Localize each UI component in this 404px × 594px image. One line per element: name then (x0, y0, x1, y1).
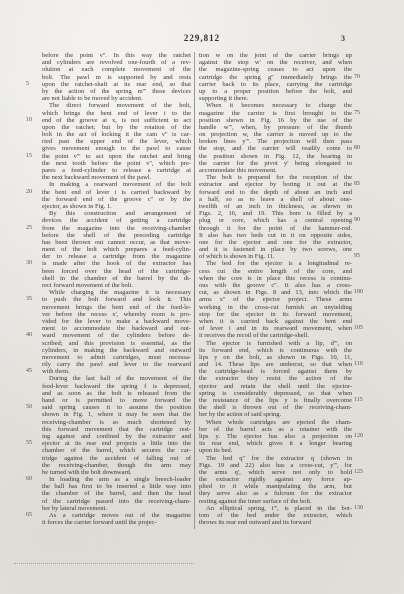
margin-line-number: 30 (26, 260, 39, 267)
line-text: on projection w, the carrier is moved up… (199, 131, 352, 138)
text-line: cess cut the entire length of the core, … (199, 268, 352, 275)
text-line: to push the bolt forward and lock it. Th… (42, 296, 191, 303)
text-line: hand or is permitted to move forward the (42, 397, 191, 404)
margin-line-number: 65 (26, 512, 39, 519)
line-text: cylinders, in making the backward and ou… (42, 347, 191, 354)
text-line: a half, so as to leave a shell of about … (199, 196, 352, 203)
text-line: The bolt is prepared for the reception o… (199, 174, 352, 181)
line-text: ment to accommodate the backward and out… (42, 325, 191, 332)
line-text: the next tooth before the point v'', whi… (42, 160, 191, 167)
text-line: the position shown in Fig. 12, the beari… (199, 153, 352, 160)
text-line: has been thrown out cannot occur, as tha… (42, 239, 191, 246)
text-line: be turned with the bolt downward. (42, 469, 191, 476)
line-text: are not liable to be moved by accident. (42, 95, 143, 102)
line-text: tom of the bed under the extractor, whic… (199, 512, 352, 519)
line-text: olution at each complete movement of the (42, 66, 191, 73)
line-text: Figs. 19 and 22) also has a cross-cut, y… (199, 462, 352, 469)
text-line: before the point v''. In this way the ra… (42, 52, 191, 59)
text-line: plug or core, which has a central openin… (199, 217, 352, 224)
line-text: the carrier for the pivot y' being elong… (199, 160, 352, 167)
line-text: the stop, and the carrier will readily c… (199, 145, 352, 152)
margin-line-number: 100 (354, 289, 370, 296)
text-line: arms x'' of the ejector project. These a… (199, 296, 352, 303)
margin-line-number: 60 (26, 476, 39, 483)
line-text: the point v''' to act upon the ratchet a… (42, 153, 191, 160)
line-text: chamber of the barrel, which secures the… (42, 447, 191, 454)
line-text: shell in the chamber of the barrel by th… (42, 275, 191, 282)
margin-line-number: 75 (354, 110, 370, 117)
text-line: the carrier for the pivot y' being elong… (199, 160, 352, 167)
line-text: up to a proper position before the bolt,… (199, 88, 352, 95)
text-line: upon its bed. (199, 447, 352, 454)
line-text: stop for the ejector in its forward move… (199, 311, 352, 318)
line-text: rily carry the pawl and lever to the rea… (42, 361, 191, 368)
line-text: cut, as shown in Figs. 8 and 13, into wh… (199, 289, 352, 296)
text-line: by the action of the spring m''' these d… (42, 88, 191, 95)
line-text: tion w on the joint of the carrier bring… (199, 52, 352, 59)
line-text: ward movement of the cylinders before de… (42, 332, 191, 339)
text-line: when it is carried back against the bent… (199, 318, 352, 325)
text-line: gives movement enough to the pawl to cau… (42, 145, 191, 152)
line-text: ried past the upper end of the lever, wh… (42, 138, 191, 145)
margin-line-number: 10 (26, 117, 39, 124)
line-text: throws its rear end outward and its forw… (199, 519, 311, 526)
margin-line-number: 120 (354, 433, 370, 440)
line-text: When it becomes necessary to charge the (199, 102, 352, 109)
text-line: is made after the hook of the extractor … (42, 260, 191, 267)
line-text: rect forward movement of the bolt. (42, 282, 133, 289)
line-text: its rear end, which gives it a longer be… (199, 440, 352, 447)
text-line: bolt. The pawl m is supported by and res… (42, 74, 191, 81)
text-line: forward end to the depth of about an inc… (199, 189, 352, 196)
text-line: scribed; and this provision is essential… (42, 340, 191, 347)
text-line: der to release a cartridge from the maga… (42, 253, 191, 260)
line-text: has been thrown out cannot occur, as tha… (42, 239, 191, 246)
text-line: It also has two beds cut in it on opposi… (199, 232, 352, 239)
text-line: ment to accommodate the backward and out… (42, 325, 191, 332)
text-line: lips y. The ejector has also a projectio… (199, 433, 352, 440)
text-line: the receiving-chamber, though the arm ma… (42, 462, 191, 469)
text-line: handle w''', when, by pressure of the th… (199, 124, 352, 131)
text-line: When it becomes necessary to charge the (199, 102, 352, 109)
line-text: In loading the arm as a single breech-lo… (42, 476, 191, 483)
text-line: up to a proper position before the bolt,… (199, 88, 352, 95)
line-text: scribed; and this provision is essential… (42, 340, 191, 347)
text-line: ber by lateral movement. (42, 505, 191, 512)
line-text: upon the ratchet; but by the rotation of… (42, 124, 191, 131)
line-text: movement to admit cartridges, must neces… (42, 354, 191, 361)
line-text: the shell is thrown out of the receiving… (199, 404, 352, 411)
text-line: movement brings the bent end of the feed… (42, 304, 191, 311)
line-text: accommodate this movement. (199, 167, 277, 174)
text-line: shell in the chamber of the barrel by th… (42, 275, 191, 282)
line-text: the position shown in Fig. 12, the beari… (199, 153, 352, 160)
text-line: cylinders, in making the backward and ou… (42, 347, 191, 354)
line-text: the cartridge-head is forced against the… (199, 368, 352, 375)
text-line: which brings the bent end of lever i to … (42, 110, 191, 117)
line-text: cartridge the spring g'' immediately bri… (199, 74, 352, 81)
text-line: it forces the carrier forward until the … (42, 519, 191, 526)
line-text: ber by the action of said spring. (199, 411, 281, 418)
text-line: the chamber of the barrel, and then the … (42, 490, 191, 497)
line-text: handle w''', when, by pressure of the th… (199, 124, 352, 131)
text-line: chamber of the barrel, which secures the… (42, 447, 191, 454)
text-line: when the core is in place this recess is… (199, 275, 352, 282)
line-text: upon the ratchet-shaft at its rear end, … (42, 81, 191, 88)
text-line: By this construction and arrangement of (42, 210, 191, 217)
text-line: ejector, as shown in Fig. 1. (42, 203, 191, 210)
line-text: to push the bolt forward and lock it. Th… (42, 296, 191, 303)
margin-line-number: 80 (354, 145, 370, 152)
line-text: upon its bed. (199, 447, 232, 454)
line-text: lips y. The ejector has also a projectio… (199, 433, 352, 440)
line-text: and 14. These lips are undercut, so that… (199, 361, 352, 368)
text-line: upon the ratchet-shaft at its rear end, … (42, 81, 191, 88)
text-line: ing against and confined by the extracto… (42, 433, 191, 440)
text-line: receiving-chamber is so much shortened b… (42, 419, 191, 426)
scan-artifact-line (14, 563, 194, 564)
line-text: and cylinders are revolved one-fourth of… (42, 59, 191, 66)
text-line: The bed q'' for the extractor q (shown i… (199, 455, 352, 462)
line-text: The direct forward movement of the bolt, (42, 102, 191, 109)
line-text: tridge against the accident of falling o… (42, 455, 191, 462)
text-line: of which is shown in Fig. 11.95 (199, 253, 352, 260)
text-line: on projection w, the carrier is moved up… (199, 131, 352, 138)
text-line: rily carry the pawl and lever to the rea… (42, 361, 191, 368)
line-text: a half, so as to leave a shell of about … (199, 196, 352, 203)
line-text: supporting it there. (199, 95, 248, 102)
text-line: ward movement of the cylinders before de… (42, 332, 191, 339)
text-line: with them.45 (42, 368, 191, 375)
text-line: bolt in the act of locking it the cam v'… (42, 131, 191, 138)
text-line: and it is fastened in place by two screw… (199, 246, 352, 253)
line-text: vided for the lever to make a backward m… (42, 318, 191, 325)
margin-line-number: 125 (354, 469, 370, 476)
margin-line-number: 105 (354, 325, 370, 332)
text-line: the resistance of the lips y is finally … (199, 397, 352, 404)
line-text: When whole cartridges are ejected the ch… (199, 419, 352, 426)
line-text: the receiving-chamber, though the arm ma… (42, 462, 191, 469)
line-text: magazine the carrier is first brought to… (199, 110, 352, 117)
line-text: gives movement enough to the pawl to cau… (42, 145, 191, 152)
text-line: carrier back to its place, carrying the … (199, 81, 352, 88)
text-line: ment of the bolt which prepares a feed-c… (42, 246, 191, 253)
patent-document-page: 229,812 3 before the point v''. In this … (0, 0, 404, 594)
text-line: shown in Fig. 1, where it may be seen th… (42, 411, 191, 418)
line-text: and as soon as the bolt is released from… (42, 390, 191, 397)
text-line: and cylinders are revolved one-fourth of… (42, 59, 191, 66)
line-text: feed-lever backward the spring f is depr… (42, 383, 191, 390)
line-text: ejector, as shown in Fig. 1. (42, 203, 112, 210)
text-line: the ball has first to be inserted a litt… (42, 483, 191, 490)
line-text: it forces the carrier forward until the … (42, 519, 157, 526)
line-text: plied to it while manipulating the arm, … (199, 483, 352, 490)
text-line: ried past the upper end of the lever, wh… (42, 138, 191, 145)
line-text: arms x'' of the ejector project. These a… (199, 296, 352, 303)
line-text: against the stop w' on the receiver, and… (199, 59, 352, 66)
text-line: stop for the ejector in its forward move… (199, 311, 352, 318)
margin-line-number: 130 (354, 505, 370, 512)
text-line: ver before the recess x', whereby room i… (42, 311, 191, 318)
margin-line-number: 115 (354, 397, 370, 404)
line-text: ejector and retain the shell until the e… (199, 383, 352, 390)
line-text: this forward movement that the cartridge… (42, 426, 191, 433)
text-line: the next tooth before the point v'', whi… (42, 160, 191, 167)
line-text: bolt in the act of locking it the cam v'… (42, 131, 191, 138)
line-text: from the magazine into the receiving-cha… (42, 225, 191, 232)
page-number: 3 (341, 34, 345, 43)
line-text: The ejector is furnished with a lip, d''… (199, 340, 352, 347)
line-text: of lever i and in its rearward movement,… (199, 325, 352, 332)
line-text: the forward end of the groove c'' or by … (42, 196, 191, 203)
line-text: der to release a cartridge from the maga… (42, 253, 191, 260)
text-line: ejector at its rear end projects a littl… (42, 440, 191, 447)
line-text: and it is fastened in place by two screw… (199, 246, 352, 253)
text-line: the bent end of lever i is carried backw… (42, 189, 191, 196)
text-line: extractor and ejector by boring it out a… (199, 181, 352, 188)
text-line: from the magazine into the receiving-cha… (42, 225, 191, 232)
margin-line-number: 90 (354, 217, 370, 224)
text-line: The ejector is furnished with a lip, d''… (199, 340, 352, 347)
margin-line-number: 95 (354, 253, 370, 260)
text-line: working in the cross-cut furnish an unyi… (199, 304, 352, 311)
text-line: In loading the arm as a single breech-lo… (42, 476, 191, 483)
text-line: vided for the lever to make a backward m… (42, 318, 191, 325)
text-line: end of the groove at x, is not sufficien… (42, 117, 191, 124)
text-line: through it for the point of the hammer-r… (199, 225, 352, 232)
text-line: one for the ejector and one for the extr… (199, 239, 352, 246)
line-text: During the last half of the movement of … (42, 375, 191, 382)
line-text: the extractor rigidly against any force … (199, 476, 352, 483)
line-text: be turned with the bolt downward. (42, 469, 132, 476)
text-line: broken lines y'''. The projection will t… (199, 138, 352, 145)
text-line: the magazine-spring ceases to act upon t… (199, 66, 352, 73)
line-text: the chamber of the barrel, and then the … (42, 490, 191, 497)
text-line: pares a feed-cylinder to release a cartr… (42, 167, 191, 174)
text-line: cartridge the spring g'' immediately bri… (199, 74, 352, 81)
margin-line-number: 70 (354, 74, 370, 81)
text-line: tridge against the accident of falling o… (42, 455, 191, 462)
line-text: forward end to the depth of about an inc… (199, 189, 352, 196)
line-text: they serve also as a fulcrum for the ext… (199, 490, 352, 497)
text-line: plied to it while manipulating the arm, … (199, 483, 352, 490)
line-text: the next backward movement of the pawl. (42, 174, 151, 181)
margin-line-number: 50 (26, 404, 39, 411)
text-line: of the cartridge passed into the receivi… (42, 498, 191, 505)
line-text: receiving-chamber is so much shortened b… (42, 419, 191, 426)
column-divider-rule (194, 52, 195, 529)
text-line: rect forward movement of the bolt. (42, 282, 191, 289)
margin-line-number: 45 (26, 368, 39, 375)
text-line: In making a rearward movement of the bol… (42, 181, 191, 188)
text-line: feed-lever backward the spring f is depr… (42, 383, 191, 390)
line-text: working in the cross-cut furnish an unyi… (199, 304, 352, 311)
text-line: devices the accident of getting a cartri… (42, 217, 191, 224)
text-line: As a cartridge moves out of the magazine… (42, 512, 191, 519)
text-line: When whole cartridges are ejected the ch… (199, 419, 352, 426)
line-text: when it is carried back against the bent… (199, 318, 352, 325)
line-text: through it for the point of the hammer-r… (199, 225, 352, 232)
text-line: its rear end, which gives it a longer be… (199, 440, 352, 447)
text-line: ejector and retain the shell until the e… (199, 383, 352, 390)
text-line: the cartridge-head is forced against the… (199, 368, 352, 375)
line-text: of which is shown in Fig. 11. (199, 253, 275, 260)
text-line: twelfth of an inch in thickness, as show… (199, 203, 352, 210)
line-text: plug or core, which has a central openin… (199, 217, 352, 224)
line-text: resting against the inner surface of the… (199, 498, 312, 505)
text-line: spring is considerably depressed, so tha… (199, 390, 352, 397)
line-text: An elliptical spring, i''', is placed in… (199, 505, 352, 512)
text-line: and 14. These lips are undercut, so that… (199, 361, 352, 368)
line-text: position shown in Fig. 16 by the use of … (199, 117, 352, 124)
text-line: the extractor they resist the action of … (199, 375, 352, 382)
text-line: An elliptical spring, i''', is placed in… (199, 505, 352, 512)
right-text-column: tion w on the joint of the carrier bring… (199, 52, 352, 526)
line-text: pares a feed-cylinder to release a cartr… (42, 167, 191, 174)
line-text: said spring causes it to assume the posi… (42, 404, 191, 411)
margin-line-number: 25 (26, 225, 39, 232)
line-text: ous with the groove c''. It also has a c… (199, 282, 352, 289)
text-line: upon the ratchet; but by the rotation of… (42, 124, 191, 131)
text-line: the forward end of the groove c'' or by … (42, 196, 191, 203)
line-text: with them. (42, 368, 70, 375)
text-line: resting against the inner surface of the… (199, 498, 352, 505)
line-text: ing against and confined by the extracto… (42, 433, 191, 440)
text-line: before the shell of the preceding cartri… (42, 232, 191, 239)
line-text: been forced over the head of the cartrid… (42, 268, 191, 275)
line-text: devices the accident of getting a cartri… (42, 217, 191, 224)
line-text: ver before the recess x', whereby room i… (42, 311, 191, 318)
text-line: Figs. 2, 16, and 19. This bore is filled… (199, 210, 352, 217)
line-text: before the shell of the preceding cartri… (42, 232, 191, 239)
line-text: twelfth of an inch in thickness, as show… (199, 203, 352, 210)
text-line: the shell is thrown out of the receiving… (199, 404, 352, 411)
left-text-column: before the point v''. In this way the ra… (42, 52, 191, 526)
text-line: accommodate this movement. (199, 167, 352, 174)
text-line: ous with the groove c''. It also has a c… (199, 282, 352, 289)
text-line: lips y on the bolt, as shown in Figs. 10… (199, 354, 352, 361)
text-line: the stop, and the carrier will readily c… (199, 145, 352, 152)
line-text: is made after the hook of the extractor … (42, 260, 191, 267)
line-text: one for the ejector and one for the extr… (199, 239, 352, 246)
line-text: hand or is permitted to move forward the (42, 397, 191, 404)
margin-line-number: 20 (26, 189, 39, 196)
line-text: shown in Fig. 1, where it may be seen th… (42, 411, 191, 418)
line-text: the extractor they resist the action of … (199, 375, 352, 382)
text-line: the next backward movement of the pawl. (42, 174, 191, 181)
text-line: tom of the bed under the extractor, whic… (199, 512, 352, 519)
line-text: The bolt is prepared for the reception o… (199, 174, 352, 181)
text-line: they serve also as a fulcrum for the ext… (199, 490, 352, 497)
text-line: been forced over the head of the cartrid… (42, 268, 191, 275)
text-line: the point v''' to act upon the ratchet a… (42, 153, 191, 160)
line-text: In making a rearward movement of the bol… (42, 181, 191, 188)
text-line: the arms q', which serve not only to hol… (199, 469, 352, 476)
line-text: bolt. The pawl m is supported by and res… (42, 74, 191, 81)
text-line: olution at each complete movement of the (42, 66, 191, 73)
line-text: it receives the recoil of the cartridge-… (199, 332, 309, 339)
line-text: cess cut the entire length of the core, … (199, 268, 352, 275)
line-text: the ball has first to be inserted a litt… (42, 483, 191, 490)
text-line: ber by the action of said spring. (199, 411, 352, 418)
text-line: ber of the barrel acts as a retainer wit… (199, 426, 352, 433)
line-text: ber by lateral movement. (42, 505, 107, 512)
line-text: the magazine-spring ceases to act upon t… (199, 66, 352, 73)
text-line: tion w on the joint of the carrier bring… (199, 52, 352, 59)
text-line: Figs. 19 and 22) also has a cross-cut, y… (199, 462, 352, 469)
margin-line-number: 85 (354, 181, 370, 188)
line-text: broken lines y'''. The projection will t… (199, 138, 352, 145)
text-line: it receives the recoil of the cartridge-… (199, 332, 352, 339)
text-line: The bed for the ejector is a longitudina… (199, 260, 352, 267)
margin-line-number: 35 (26, 296, 39, 303)
line-text: the bent end of lever i is carried backw… (42, 189, 191, 196)
text-line: position shown in Fig. 16 by the use of … (199, 117, 352, 124)
margin-line-number: 40 (26, 332, 39, 339)
line-text: the arms q', which serve not only to hol… (199, 469, 352, 476)
text-line: its forward end, which is continuous wit… (199, 347, 352, 354)
text-line: throws its rear end outward and its forw… (199, 519, 352, 526)
text-line: supporting it there. (199, 95, 352, 102)
text-line: While charging the magazine it is necess… (42, 289, 191, 296)
line-text: movement brings the bent end of the feed… (42, 304, 191, 311)
margin-line-number: 5 (26, 81, 39, 88)
line-text: spring is considerably depressed, so tha… (199, 390, 352, 397)
line-text: by the action of the spring m''' these d… (42, 88, 191, 95)
line-text: the resistance of the lips y is finally … (199, 397, 352, 404)
line-text: ment of the bolt which prepares a feed-c… (42, 246, 191, 253)
line-text: As a cartridge moves out of the magazine (42, 512, 191, 519)
line-text: end of the groove at x, is not sufficien… (42, 117, 191, 124)
text-line: against the stop w' on the receiver, and… (199, 59, 352, 66)
line-text: By this construction and arrangement of (42, 210, 191, 217)
text-line: the extractor rigidly against any force … (199, 476, 352, 483)
line-text: While charging the magazine it is necess… (42, 289, 191, 296)
line-text: which brings the bent end of lever i to … (42, 110, 191, 117)
text-line: During the last half of the movement of … (42, 375, 191, 382)
text-line: cut, as shown in Figs. 8 and 13, into wh… (199, 289, 352, 296)
text-line: said spring causes it to assume the posi… (42, 404, 191, 411)
line-text: when the core is in place this recess is… (199, 275, 352, 282)
line-text: The bed for the ejector is a longitudina… (199, 260, 352, 267)
line-text: of the cartridge passed into the receivi… (42, 498, 191, 505)
margin-line-number: 110 (354, 361, 370, 368)
line-text: its forward end, which is continuous wit… (199, 347, 352, 354)
line-text: ber of the barrel acts as a retainer wit… (199, 426, 352, 433)
line-text: The bed q'' for the extractor q (shown i… (199, 455, 352, 462)
line-text: extractor and ejector by boring it out a… (199, 181, 352, 188)
line-text: ejector at its rear end projects a littl… (42, 440, 191, 447)
line-text: carrier back to its place, carrying the … (199, 81, 352, 88)
line-text: It also has two beds cut in it on opposi… (199, 232, 352, 239)
text-line: and as soon as the bolt is released from… (42, 390, 191, 397)
line-text: before the point v''. In this way the ra… (42, 52, 191, 59)
margin-line-number: 15 (26, 153, 39, 160)
text-line: The direct forward movement of the bolt, (42, 102, 191, 109)
text-line: of lever i and in its rearward movement,… (199, 325, 352, 332)
line-text: lips y on the bolt, as shown in Figs. 10… (199, 354, 352, 361)
line-text: Figs. 2, 16, and 19. This bore is filled… (199, 210, 352, 217)
margin-line-number: 55 (26, 440, 39, 447)
text-line: magazine the carrier is first brought to… (199, 110, 352, 117)
text-line: movement to admit cartridges, must neces… (42, 354, 191, 361)
text-line: are not liable to be moved by accident. (42, 95, 191, 102)
text-line: this forward movement that the cartridge… (42, 426, 191, 433)
